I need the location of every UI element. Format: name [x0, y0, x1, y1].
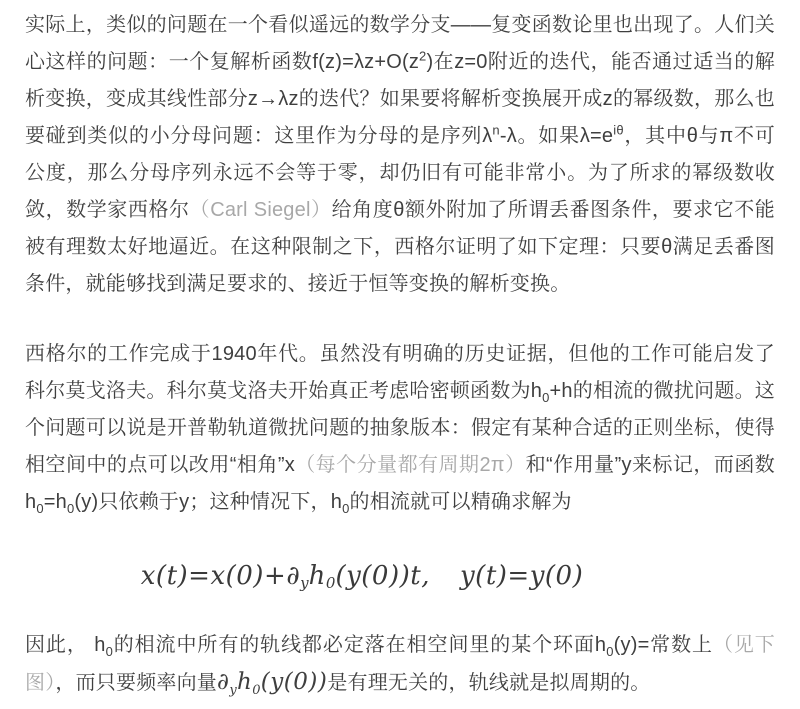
text-segment-sub: 0	[606, 644, 613, 659]
text-segment-normal: 因此， h	[25, 634, 106, 656]
text-segment-sub: 0	[106, 644, 113, 659]
text-segment-math: (y(0))t,	[335, 561, 430, 591]
text-segment-math: h	[237, 669, 252, 695]
text-segment-normal: 的相流就可以精确求解为	[350, 491, 572, 513]
article-page: 实际上，类似的问题在一个看似遥远的数学分支——复变函数论里也出现了。人们关心这样…	[0, 0, 800, 702]
text-segment-math: y(t)=y(0)	[460, 561, 583, 591]
paragraph-4: 因此， h0的相流中所有的轨线都必定落在相空间里的某个环面h0(y)=常数上（见…	[25, 627, 775, 702]
text-segment-sup: n	[492, 122, 499, 137]
text-segment-normal: (y)=常数上	[614, 634, 713, 656]
text-segment-normal: -λ。如果λ=e	[500, 125, 613, 147]
text-segment-normal: 是有理无关的，轨线就是拟周期的。	[327, 672, 650, 694]
text-segment-math: h	[309, 561, 326, 591]
paragraph-1: 实际上，类似的问题在一个看似遥远的数学分支——复变函数论里也出现了。人们关心这样…	[25, 7, 775, 303]
text-segment-sub: 0	[342, 501, 349, 516]
text-segment-mathsub: 0	[252, 683, 260, 698]
text-segment-light: （每个分量都有周期2π）	[295, 454, 526, 476]
text-segment-mathsub: y	[229, 683, 237, 698]
text-segment-normal: ，而只要频率向量	[55, 672, 217, 694]
text-segment-light: （Carl Siegel）	[190, 199, 332, 221]
text-segment-normal: =h	[44, 491, 67, 513]
text-segment-sub: 0	[36, 501, 43, 516]
text-segment-normal: (y)只依赖于y；这种情况下，h	[74, 491, 342, 513]
text-segment-math: ∂	[217, 669, 229, 695]
text-segment-sub: 0	[542, 390, 549, 405]
text-segment-math: (y(0))	[261, 669, 328, 695]
paragraph-2: 西格尔的工作完成于1940年代。虽然没有明确的历史证据，但他的工作可能启发了科尔…	[25, 336, 775, 521]
document-body: 实际上，类似的问题在一个看似遥远的数学分支——复变函数论里也出现了。人们关心这样…	[25, 7, 775, 702]
text-segment-math: x(t)=x(0)+∂	[141, 561, 300, 591]
text-segment-sup: iθ	[613, 122, 624, 137]
text-segment-normal: 的相流中所有的轨线都必定落在相空间里的某个环面h	[113, 634, 606, 656]
text-segment-mathsub: y	[300, 574, 308, 592]
equation: x(t)=x(0)+∂yh0(y(0))t,y(t)=y(0)	[0, 561, 737, 591]
